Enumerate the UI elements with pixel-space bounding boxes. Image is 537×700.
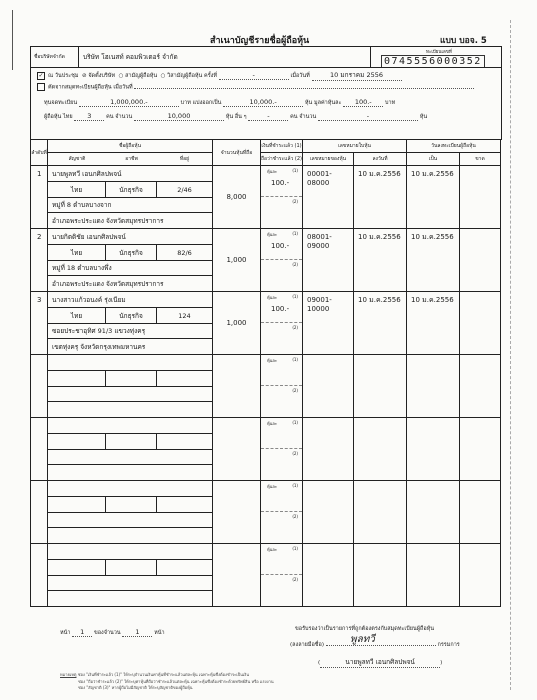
mark-2: (2) [292, 577, 298, 582]
mark-2: (2) [292, 514, 298, 519]
ceased-date [460, 355, 501, 418]
seq-cell: 2 [31, 229, 48, 292]
cert-date [354, 544, 407, 607]
other-label: หุ้น อื่น ๆ [226, 114, 247, 120]
cert-no: 00001-08000 [303, 166, 354, 229]
cert-no [303, 481, 354, 544]
cert-no [303, 544, 354, 607]
info-section: ✓ณ วันประชุม ⊘ จัดตั้งบริษัท ○ สามัญผู้ถ… [30, 67, 502, 140]
seq-cell: 3 [31, 292, 48, 355]
became-date [407, 418, 460, 481]
share-count [213, 481, 261, 544]
became-date: 10 ม.ค.2556 [407, 292, 460, 355]
col-ceased: ขาด [460, 153, 501, 166]
mark-1: (1) [292, 294, 298, 299]
per-share-label: หุ้นละ [267, 294, 277, 301]
address-line-2: เขตทุ่งครุ จังหวัดกรุงเทพมหานคร [48, 339, 212, 354]
empty-table-row: หุ้นละ(1)(2) [31, 481, 501, 544]
document-title: สำเนาบัญชีรายชื่อผู้ถือหุ้น [210, 33, 309, 47]
cert-no: 09001-10000 [303, 292, 354, 355]
col-paid-as: ถือว่าชำระแล้ว (2) [261, 153, 303, 166]
per-share-label: หุ้นละ [267, 546, 277, 553]
became-date [407, 355, 460, 418]
cert-date: 10 ม.ค.2556 [354, 166, 407, 229]
empty-table-row: หุ้นละ(1)(2) [31, 544, 501, 607]
per-share-label: หุ้นละ [267, 231, 277, 238]
par-value: 100.- [343, 98, 383, 107]
per-share-label: หุ้นละ [267, 357, 277, 364]
paid-cell: หุ้นละ(1)(2) [261, 544, 303, 607]
capital-value: 1,000,000.- [79, 98, 179, 107]
page-counter: หน้า 1 ของจำนวน 1 หน้า [60, 628, 165, 637]
company-label: ชื่อบริษัทจำกัด [31, 47, 79, 67]
form-code: แบบ บอจ. 5 [440, 33, 487, 47]
signature-blank [326, 645, 436, 646]
ceased-date [460, 166, 501, 229]
per-share-label: หุ้นละ [267, 483, 277, 490]
col-seq: ลำดับที่ [31, 140, 48, 166]
mark-1: (1) [292, 546, 298, 551]
note-1: ช่อง "เงินที่ชำระแล้ว (1)" ให้ระบุจำนวนเ… [78, 672, 249, 677]
paid-value: 100.- [271, 305, 289, 313]
paid-cell: หุ้นละ(1)(2) [261, 418, 303, 481]
table-row: 2 นายกิตติชัย เอนกศิลปพจน์ ไทยนักธุรกิจ8… [31, 229, 501, 292]
address-line-1: หมู่ที่ 8 ตำบลบางจาก [48, 198, 212, 213]
occupation: นักธุรกิจ [106, 182, 157, 197]
mark-2: (2) [292, 325, 298, 330]
persons-label-2: คน จำนวน [290, 114, 316, 120]
register-extract-line: คัดจากสมุดทะเบียนผู้ถือหุ้น เมื่อวันที่ [37, 83, 474, 92]
divided-label: บาท แบ่งออกเป็น [181, 100, 222, 106]
mark-2: (2) [292, 199, 298, 204]
meeting-date: 10 มกราคม 2556 [312, 70, 402, 81]
page-edge-line [12, 10, 13, 70]
seq-cell [31, 481, 48, 544]
col-nationality: สัญชาติ [48, 155, 106, 163]
registration-box: ทะเบียนเลขที่ 0745556000352 [371, 47, 501, 67]
col-cert-date: ลงวันที่ [354, 153, 407, 166]
per-share-label: หุ้นละ [267, 168, 277, 175]
mark-2: (2) [292, 262, 298, 267]
holder-name: นายกิตติชัย เอนกศิลปพจน์ [48, 229, 212, 245]
col-share-count: จำนวนหุ้นที่ถือ [213, 140, 261, 166]
mark-1: (1) [292, 420, 298, 425]
option-incorporation: จัดตั้งบริษัท [88, 73, 115, 79]
address-line-1: ซอยประชาอุทิศ 91/3 แขวงทุ่งครุ [48, 324, 212, 339]
director-label: กรรมการ [438, 642, 460, 648]
shareholder-table: ลำดับที่ ชื่อผู้ถือหุ้น จำนวนหุ้นที่ถือ … [30, 139, 501, 607]
pages-label: หน้า [154, 630, 164, 636]
nationality: ไทย [48, 182, 106, 197]
col-occupation: อาชีพ [106, 155, 157, 163]
paid-cell: หุ้นละ(1)100.- (2) [261, 292, 303, 355]
registration-number: 0745556000352 [381, 55, 485, 67]
address-line-1: หมู่ที่ 18 ตำบลบางพึ่ง [48, 261, 212, 276]
radio-icon[interactable]: ○ [161, 73, 166, 79]
holders-line: ผู้ถือหุ้น ไทย 3 คน จำนวน 10,000 หุ้น อื… [37, 112, 427, 121]
col-address: ที่อยู่ [157, 155, 212, 163]
page-label: หน้า [60, 630, 70, 636]
cert-no [303, 355, 354, 418]
cert-no: 08001-09000 [303, 229, 354, 292]
empty-table-row: หุ้นละ(1)(2) [31, 418, 501, 481]
became-date: 10 ม.ค.2556 [407, 229, 460, 292]
signer-name-line: (นายพูลทวี เอนกศิลปพจน์) [318, 657, 442, 668]
mark-2: (2) [292, 451, 298, 456]
holder-cell [48, 481, 213, 544]
col-became: เป็น [407, 153, 460, 166]
extract-label: คัดจากสมุดทะเบียนผู้ถือหุ้น เมื่อวันที่ [48, 85, 133, 91]
seq-cell [31, 418, 48, 481]
seq-cell [31, 355, 48, 418]
registration-label: ทะเบียนเลขที่ [426, 48, 452, 55]
company-name: บริษัท โฮเนสท์ คอมพิวเตอร์ จำกัด [79, 47, 371, 67]
company-header: ชื่อบริษัทจำกัด บริษัท โฮเนสท์ คอมพิวเตอ… [30, 46, 502, 68]
paid-cell: หุ้นละ(1)100.- (2) [261, 166, 303, 229]
ceased-date [460, 481, 501, 544]
nationality: ไทย [48, 245, 106, 260]
extract-date [134, 88, 474, 89]
share-count [213, 418, 261, 481]
house-no: 82/6 [157, 245, 212, 260]
became-date: 10 ม.ค.2556 [407, 166, 460, 229]
house-no: 2/46 [157, 182, 212, 197]
signer-name: นายพูลทวี เอนกศิลปพจน์ [320, 657, 440, 668]
notes-section: หมายเหตุ ช่อง "เงินที่ชำระแล้ว (1)" ให้ร… [60, 672, 274, 692]
address-line-2: อำเภอพระประแดง จังหวัดสมุทรปราการ [48, 213, 212, 228]
occupation: นักธุรกิจ [106, 308, 157, 323]
par-label: หุ้น มูลค่าหุ้นละ [305, 100, 342, 106]
thai-shares: 10,000 [134, 112, 224, 121]
became-date [407, 544, 460, 607]
share-count [213, 544, 261, 607]
cert-date [354, 481, 407, 544]
meeting-line: ✓ณ วันประชุม ⊘ จัดตั้งบริษัท ○ สามัญผู้ถ… [37, 70, 402, 81]
share-count: 1,000 [213, 292, 261, 355]
shareholder-list-form: สำเนาบัญชีรายชื่อผู้ถือหุ้น แบบ บอจ. 5 ช… [0, 0, 537, 700]
date-label: เมื่อวันที่ [290, 73, 309, 79]
ceased-date [460, 292, 501, 355]
became-date [407, 481, 460, 544]
capital-label: ทุนจดทะเบียน [44, 100, 77, 106]
of-label: ของจำนวน [94, 630, 121, 636]
cert-date: 10 ม.ค.2556 [354, 292, 407, 355]
holder-cell: นางสาวแก้วอนงค์ รุ่งเนียม ไทยนักธุรกิจ12… [48, 292, 213, 355]
seq-cell [31, 544, 48, 607]
meeting-number: - [219, 71, 289, 80]
total-shares: 10,000.- [223, 98, 303, 107]
occupation: นักธุรกิจ [106, 245, 157, 260]
shares-label: หุ้น [420, 114, 427, 120]
col-cert-numbers: เลขหมายใบหุ้น [303, 140, 407, 153]
holder-cell: นายพูลทวี เอนกศิลปพจน์ ไทยนักธุรกิจ2/46 … [48, 166, 213, 229]
page-number: 1 [72, 628, 92, 637]
ceased-date [460, 544, 501, 607]
option-extraordinary: วิสามัญผู้ถือหุ้น ครั้งที่ [167, 73, 217, 79]
cert-no [303, 418, 354, 481]
share-count: 1,000 [213, 229, 261, 292]
other-holders: - [248, 112, 288, 121]
radio-selected-icon[interactable]: ⊘ [82, 73, 87, 79]
holder-name: นางสาวแก้วอนงค์ รุ่งเนียม [48, 292, 212, 308]
thai-holders-label: ผู้ถือหุ้น ไทย [44, 114, 73, 120]
paid-cell: หุ้นละ(1)(2) [261, 481, 303, 544]
cert-date [354, 355, 407, 418]
house-no: 124 [157, 308, 212, 323]
other-shares: - [318, 112, 418, 121]
meeting-label: ณ วันประชุม [48, 73, 78, 79]
sign-label: (ลงลายมือชื่อ) [290, 642, 324, 648]
share-count: 8,000 [213, 166, 261, 229]
mark-1: (1) [292, 231, 298, 236]
table-row: 3 นางสาวแก้วอนงค์ รุ่งเนียม ไทยนักธุรกิจ… [31, 292, 501, 355]
checkbox-checked-icon[interactable]: ✓ [37, 72, 45, 80]
cert-date [354, 418, 407, 481]
radio-icon[interactable]: ○ [119, 73, 124, 79]
paid-cell: หุ้นละ(1)100.- (2) [261, 229, 303, 292]
capital-line: ทุนจดทะเบียน 1,000,000.- บาท แบ่งออกเป็น… [37, 98, 395, 107]
checkbox-icon[interactable] [37, 83, 45, 91]
page-edge-line [510, 20, 512, 690]
nationality: ไทย [48, 308, 106, 323]
paid-value: 100.- [271, 242, 289, 250]
mark-2: (2) [292, 388, 298, 393]
col-cert-no: เลขหมายของหุ้น [303, 153, 354, 166]
holder-name: นายพูลทวี เอนกศิลปพจน์ [48, 166, 212, 182]
paid-value: 100.- [271, 179, 289, 187]
persons-label: คน จำนวน [106, 114, 132, 120]
col-paid-amount: เงินที่ชำระแล้ว (1) [261, 140, 303, 153]
holder-cell [48, 418, 213, 481]
holder-cell: นายกิตติชัย เอนกศิลปพจน์ ไทยนักธุรกิจ82/… [48, 229, 213, 292]
ceased-date [460, 229, 501, 292]
mark-1: (1) [292, 357, 298, 362]
paid-cell: หุ้นละ(1)(2) [261, 355, 303, 418]
col-registration-date: วันลงทะเบียนผู้ถือหุ้น [407, 140, 501, 153]
table-row: 1 นายพูลทวี เอนกศิลปพจน์ ไทยนักธุรกิจ2/4… [31, 166, 501, 229]
handwritten-signature: พูลทวี [350, 632, 375, 647]
mark-1: (1) [292, 483, 298, 488]
seq-cell: 1 [31, 166, 48, 229]
address-line-2: อำเภอพระประแดง จังหวัดสมุทรปราการ [48, 276, 212, 291]
per-share-label: หุ้นละ [267, 420, 277, 427]
notes-label: หมายเหตุ [60, 672, 76, 677]
cert-date: 10 ม.ค.2556 [354, 229, 407, 292]
option-ordinary: สามัญผู้ถือหุ้น [125, 73, 157, 79]
col-subheaders: สัญชาติ อาชีพ ที่อยู่ [48, 153, 213, 166]
holder-cell [48, 544, 213, 607]
share-count [213, 355, 261, 418]
holder-cell [48, 355, 213, 418]
note-3: ช่อง "สัญชาติ (3)" หากผู้ถือไม่มีสัญชาติ… [60, 685, 274, 692]
col-holder-name: ชื่อผู้ถือหุ้น [48, 140, 213, 153]
baht-label: บาท [385, 100, 395, 106]
mark-1: (1) [292, 168, 298, 173]
thai-holders-count: 3 [74, 112, 104, 121]
total-pages: 1 [122, 628, 152, 637]
empty-table-row: หุ้นละ(1)(2) [31, 355, 501, 418]
ceased-date [460, 418, 501, 481]
